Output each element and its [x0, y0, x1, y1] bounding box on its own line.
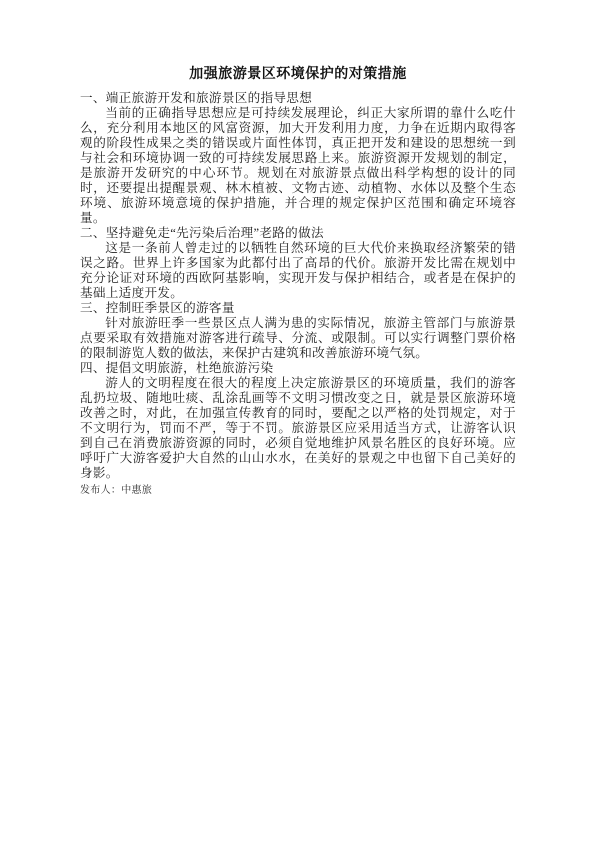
section-guiding-ideology: 一、端正旅游开发和旅游景区的指导思想 当前的正确指导思想应是可持续发展理论，纠正… [80, 91, 516, 226]
document-page: 加强旅游景区环境保护的对策措施 一、端正旅游开发和旅游景区的指导思想 当前的正确… [0, 0, 595, 842]
section-1-heading: 一、端正旅游开发和旅游景区的指导思想 [80, 91, 516, 106]
section-2-heading: 二、坚持避免走“先污染后治理”老路的做法 [80, 226, 516, 241]
section-avoid-pollute-first: 二、坚持避免走“先污染后治理”老路的做法 这是一条前人曾走过的以牺牲自然环境的巨… [80, 226, 516, 301]
section-3-heading: 三、控制旺季景区的游客量 [80, 301, 516, 316]
publisher-line: 发布人：中惠旅 [80, 484, 516, 497]
document-title: 加强旅游景区环境保护的对策措施 [80, 66, 516, 84]
section-civilized-tourism: 四、提倡文明旅游，杜绝旅游污染 游人的文明程度在很大的程度上决定旅游景区的环境质… [80, 361, 516, 481]
section-4-heading: 四、提倡文明旅游，杜绝旅游污染 [80, 361, 516, 376]
section-1-paragraph: 当前的正确指导思想应是可持续发展理论，纠正大家所谓的靠什么吃什么，充分利用本地区… [80, 106, 516, 226]
section-4-paragraph: 游人的文明程度在很大的程度上决定旅游景区的环境质量，我们的游客乱扔垃圾、随地吐痰… [80, 376, 516, 481]
section-control-visitor-volume: 三、控制旺季景区的游客量 针对旅游旺季一些景区点人满为患的实际情况，旅游主管部门… [80, 301, 516, 361]
document-content: 加强旅游景区环境保护的对策措施 一、端正旅游开发和旅游景区的指导思想 当前的正确… [80, 66, 516, 497]
section-2-paragraph: 这是一条前人曾走过的以牺牲自然环境的巨大代价来换取经济繁荣的错误之路。世界上许多… [80, 241, 516, 301]
section-3-paragraph: 针对旅游旺季一些景区点人满为患的实际情况，旅游主管部门与旅游景点要采取有效措施对… [80, 316, 516, 361]
